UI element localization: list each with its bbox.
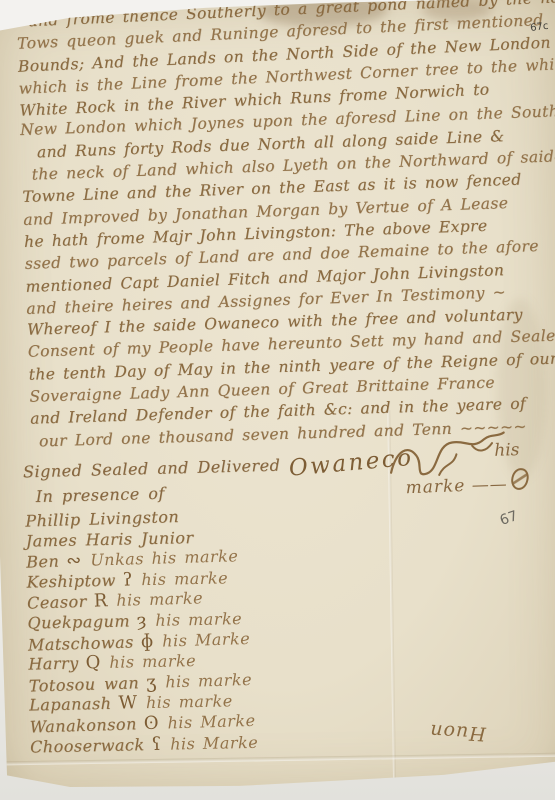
witness-name: Ben — [26, 552, 60, 572]
witness-mark-label: his marke — [155, 609, 242, 630]
witness-name: Phillip Livingston — [25, 507, 179, 531]
witness-name: Totosou wan — [29, 673, 140, 695]
witness-name: Matschowas — [28, 632, 134, 654]
witness-name: Wanakonson — [29, 714, 137, 736]
witness-mark-glyph: ɸ — [140, 630, 153, 651]
witness-mark-label: his marke — [109, 651, 196, 672]
witness-list: Phillip Livingston James Haris Junior Be… — [25, 506, 258, 758]
witness-mark-glyph: ʔ — [123, 569, 133, 590]
witness-name: Chooserwack — [30, 735, 145, 756]
witness-mark-label: his marke — [141, 568, 228, 589]
witness-mark-label: his Marke — [170, 732, 258, 753]
witness-mark-glyph: ȝ — [137, 610, 147, 631]
deed-body-text: and frome thence Southerly to a great po… — [16, 0, 551, 454]
witness-mark-glyph: R — [93, 591, 107, 612]
signature-his-label: his — [494, 440, 520, 461]
witness-mark-glyph: ʒ — [146, 672, 157, 693]
inverted-docket-text: Huon — [429, 720, 487, 745]
witness-mark-label: his Marke — [167, 711, 255, 733]
witness-name: Ceasor — [27, 592, 87, 613]
witness-name: Quekpagum — [27, 611, 130, 632]
witness-mark-glyph: W — [118, 693, 137, 714]
witness-mark-glyph: Q — [85, 652, 100, 673]
witness-mark-glyph: ʕ — [151, 733, 161, 754]
attestation-block: Signed Sealed and Delivered In presence … — [23, 453, 282, 510]
pencil-annotation-67c: 67c — [529, 21, 548, 34]
witness-mark-glyph: ∾ — [66, 550, 82, 571]
witness-mark-label: his Marke — [162, 629, 250, 651]
witness-name: Lapanash — [29, 694, 112, 715]
witness-mark-glyph — [186, 506, 187, 527]
seal-icon — [509, 466, 530, 491]
witness-name: Keshiptow — [26, 571, 116, 592]
signature-block: Owaneco his marke —— — [288, 437, 541, 520]
witness-name: Harry — [28, 654, 79, 674]
witness-mark-label: Unkas his marke — [90, 546, 239, 569]
signature-marke-label: marke —— — [405, 474, 508, 498]
witness-mark-label: his marke — [146, 692, 233, 713]
witness-mark-label — [195, 507, 196, 526]
manuscript-page: and frome thence Southerly to a great po… — [0, 0, 555, 794]
witness-mark-label: his marke — [165, 670, 252, 692]
witness-mark-label: his marke — [116, 589, 203, 611]
photo-background: and frome thence Southerly to a great po… — [0, 0, 555, 800]
witness-mark-glyph: ʘ — [144, 713, 159, 734]
